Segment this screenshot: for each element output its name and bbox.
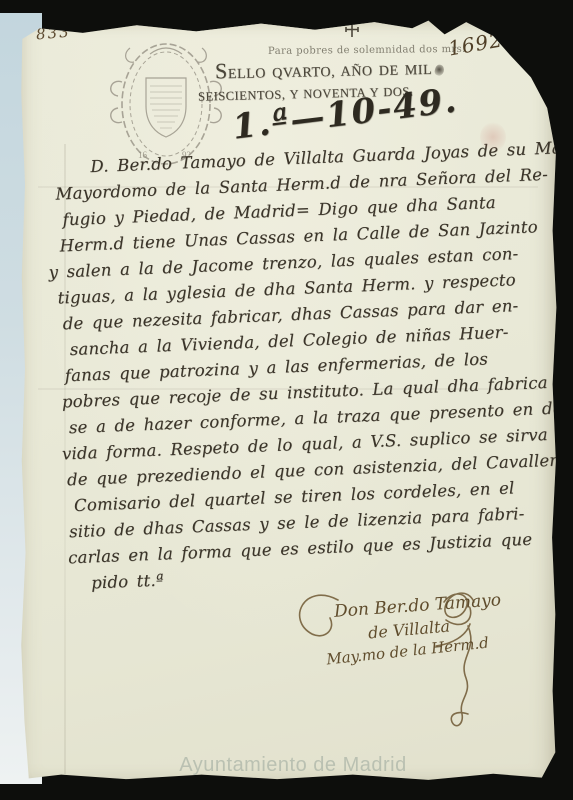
ink-blot-icon bbox=[434, 64, 446, 77]
manuscript-body: D. Ber.do Tamayo de Villalta Guarda Joya… bbox=[44, 136, 566, 598]
printed-tax-line: Para pobres de solemnidad dos mrs. bbox=[268, 44, 448, 57]
manuscript-page: 833 1692 Para pobres de solemnidad dos m… bbox=[18, 16, 558, 783]
sello-stamp-line1: SELLO QVARTO, AÑO DE MIL bbox=[215, 62, 445, 84]
archive-scan-background: 833 1692 Para pobres de solemnidad dos m… bbox=[0, 0, 573, 800]
cross-potent-icon bbox=[344, 21, 360, 45]
signature-block: Don Ber.do Tamayo de Villalta May.mo de … bbox=[286, 576, 526, 776]
sello-initial: S bbox=[215, 58, 228, 83]
archive-watermark: Ayuntamiento de Madrid bbox=[138, 754, 448, 777]
red-stain-mark bbox=[480, 122, 506, 152]
sello-line1-text: ELLO QVARTO, AÑO DE MIL bbox=[228, 63, 433, 82]
